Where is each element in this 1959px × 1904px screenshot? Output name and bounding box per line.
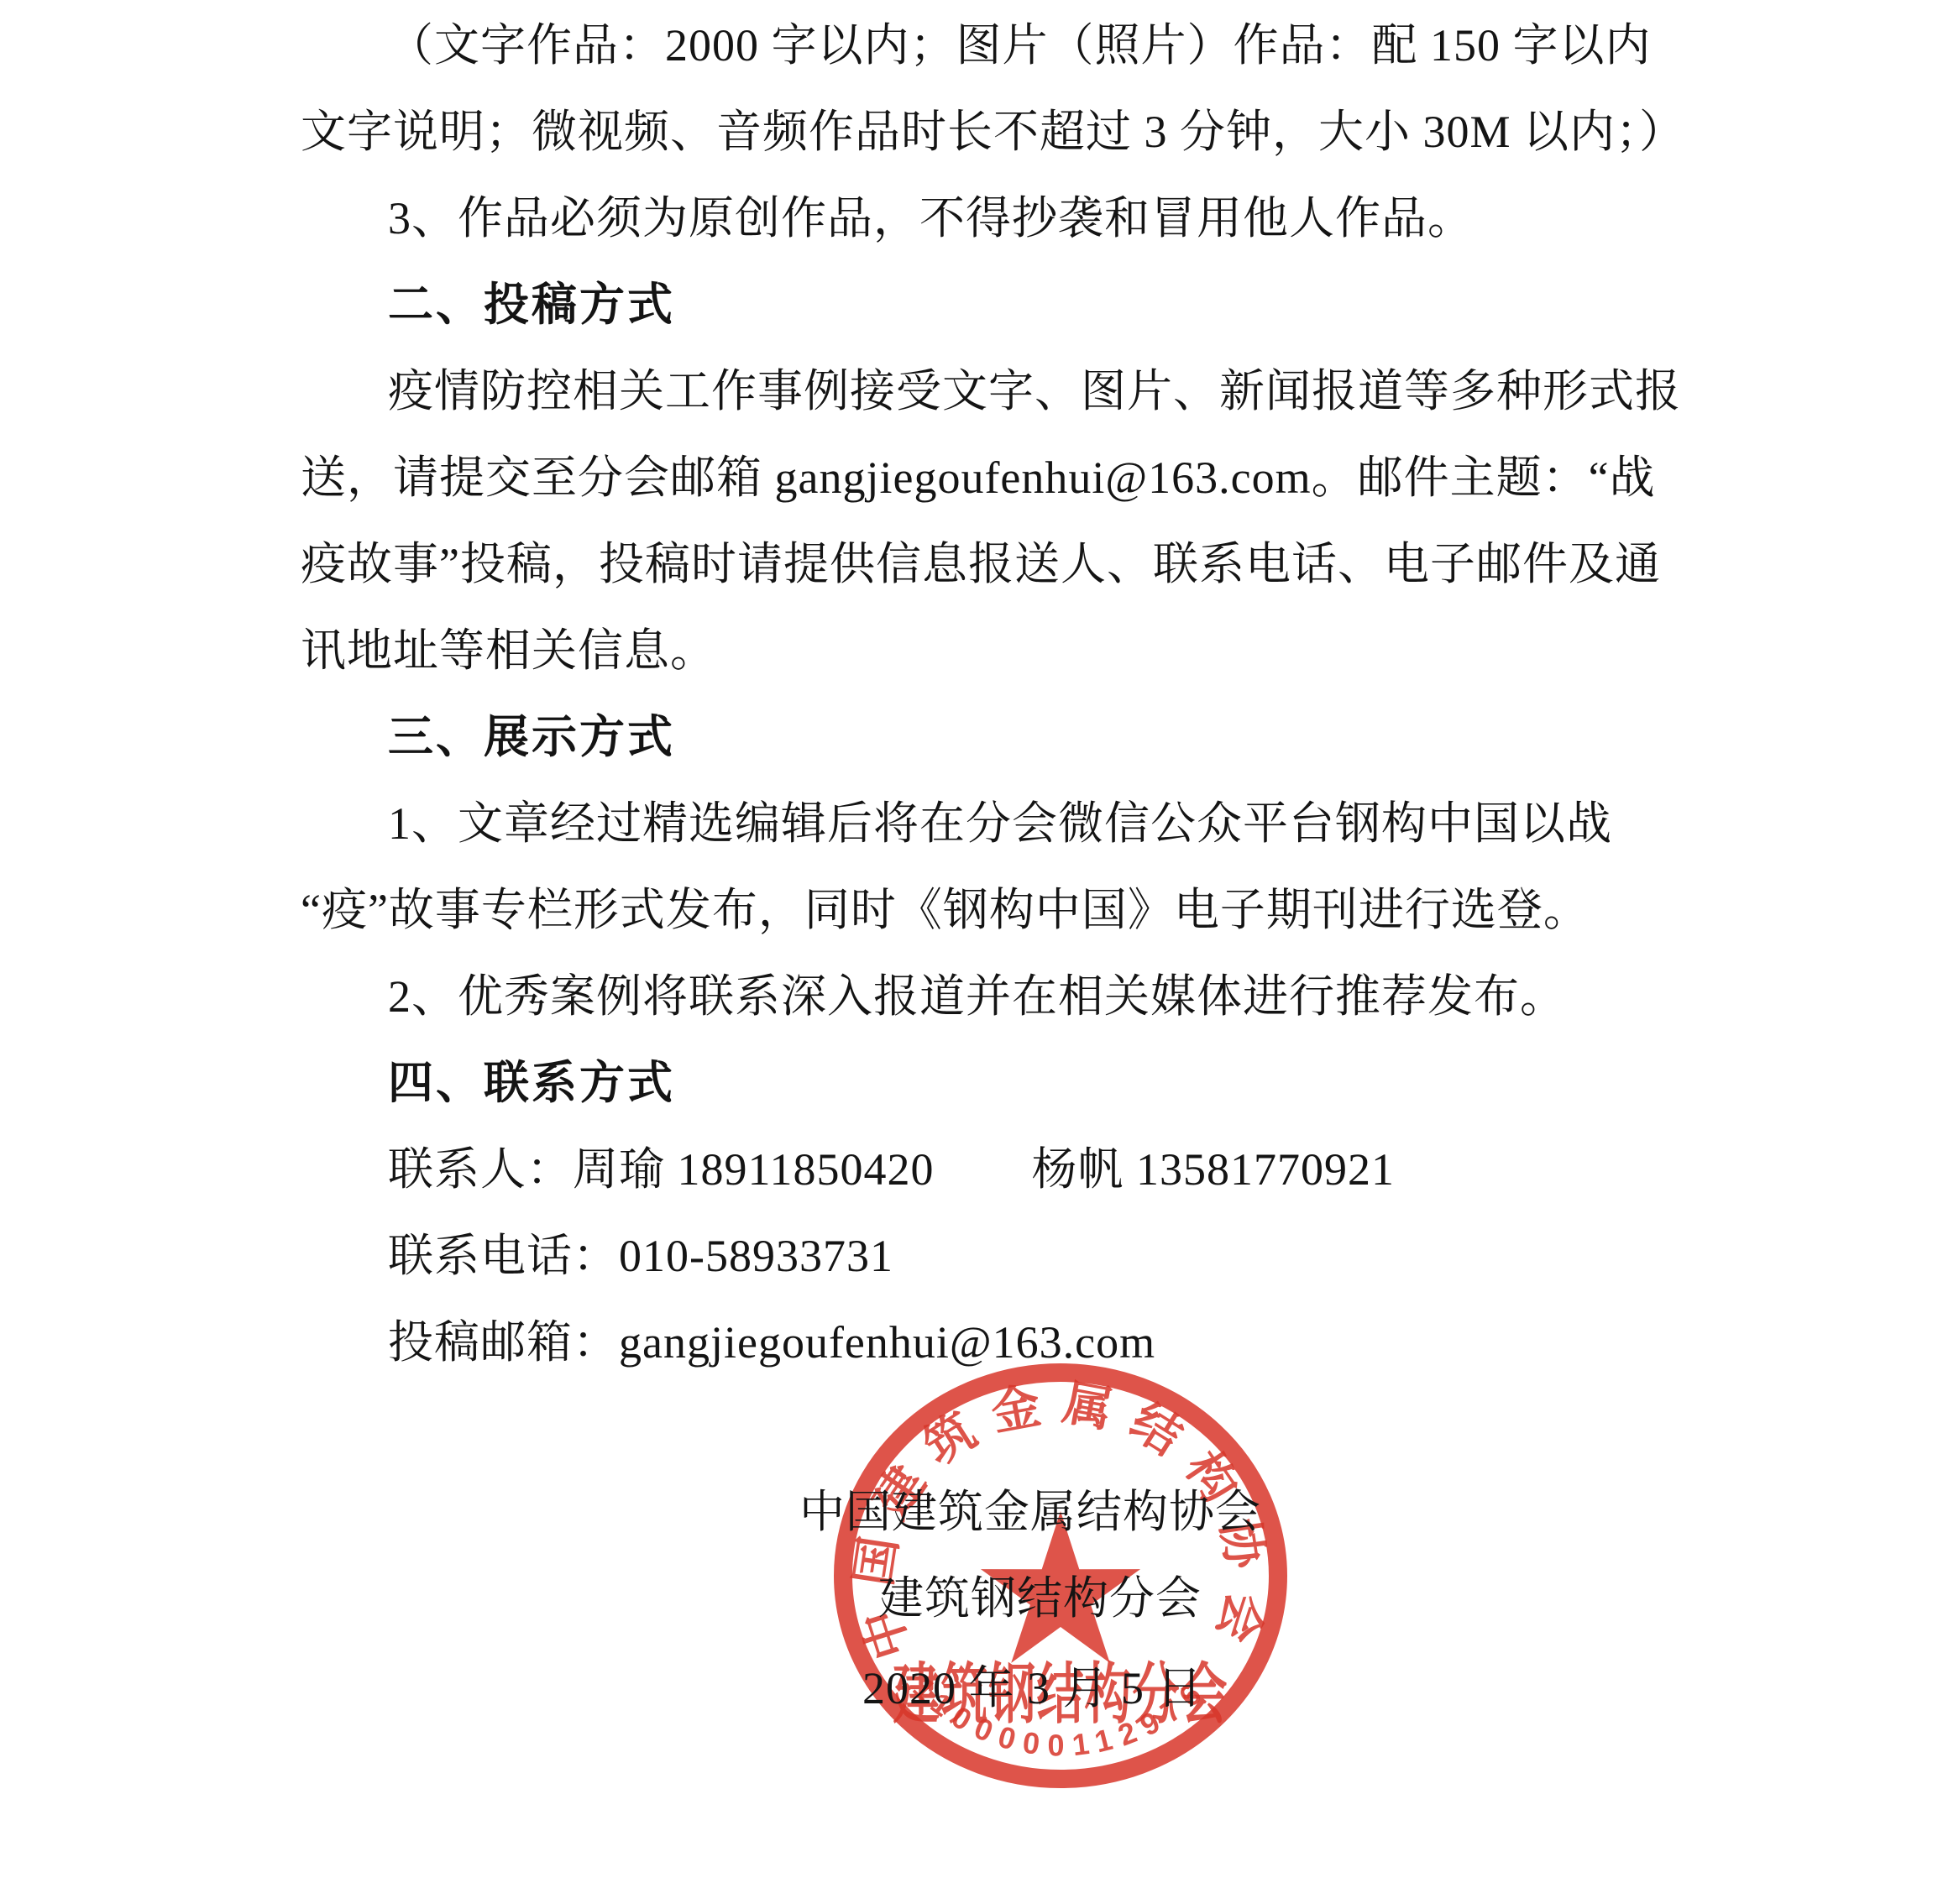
signature-block: 中国建筑金属结构协会 建筑钢结构分会 2020 年 3 月 5 日 [0,0,1959,1904]
signature-org-line2: 建筑钢结构分会 [878,1562,1202,1627]
document-page: 中国建筑金属结构协会 建筑钢结构分会 1100000112976 （文字作品：2… [0,0,1959,1904]
signature-date: 2020 年 3 月 5 日 [862,1652,1203,1717]
signature-org-line1: 中国建筑金属结构协会 [799,1476,1261,1540]
